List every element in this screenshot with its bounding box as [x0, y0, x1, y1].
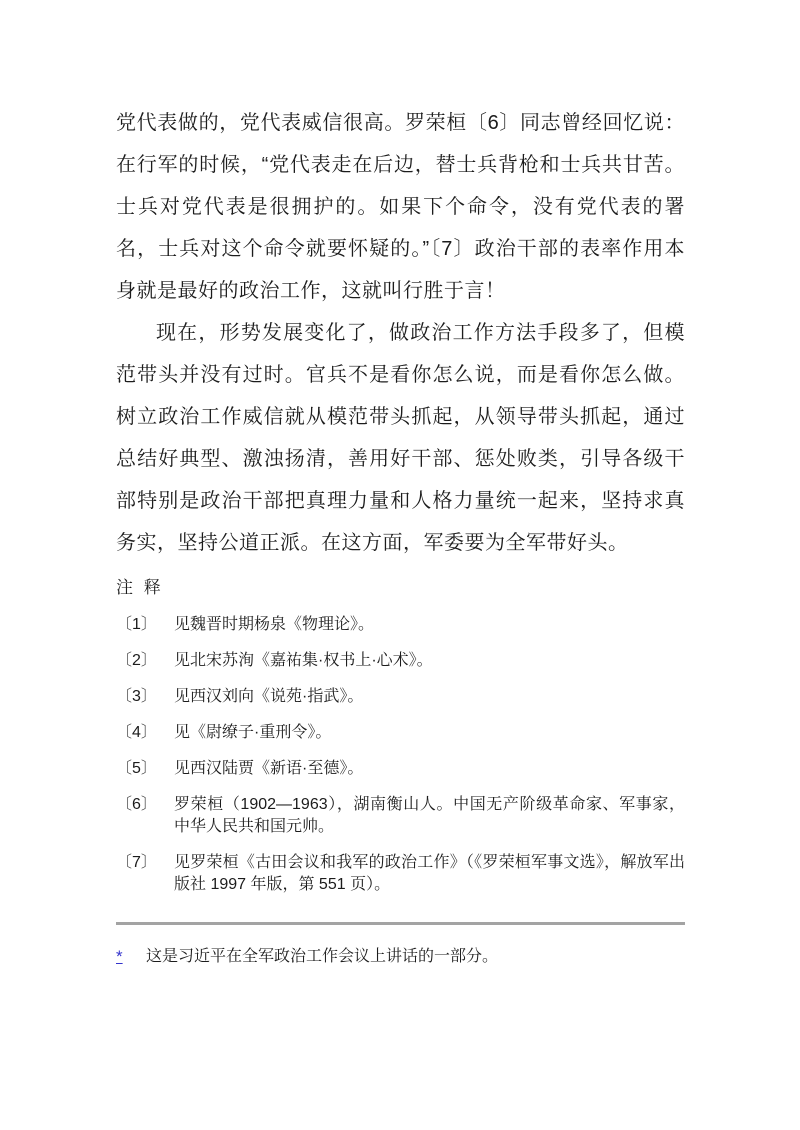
footnote-text: 这是习近平在全军政治工作会议上讲话的一部分。: [146, 945, 685, 969]
note-text: 见西汉刘向《说苑·指武》。: [174, 686, 685, 708]
body-text: 党代表做的，党代表威信很高。罗荣桓〔6〕同志曾经回忆说：在行军的时候，“党代表走…: [116, 102, 685, 564]
note-item-6: 〔6〕 罗荣桓（1902—1963），湖南衡山人。中国无产阶级革命家、军事家，中…: [116, 794, 685, 838]
note-text: 见《尉缭子·重刑令》。: [174, 722, 685, 744]
notes-list: 〔1〕 见魏晋时期杨泉《物理论》。 〔2〕 见北宋苏洵《嘉祐集·权书上·心术》。…: [116, 614, 685, 896]
note-text: 见西汉陆贾《新语·至德》。: [174, 758, 685, 780]
paragraph-1: 党代表做的，党代表威信很高。罗荣桓〔6〕同志曾经回忆说：在行军的时候，“党代表走…: [116, 102, 685, 312]
note-item-2: 〔2〕 见北宋苏洵《嘉祐集·权书上·心术》。: [116, 650, 685, 672]
note-text: 罗荣桓（1902—1963），湖南衡山人。中国无产阶级革命家、军事家，中华人民共…: [174, 794, 685, 838]
note-label: 〔5〕: [116, 758, 174, 780]
footnote-divider: [116, 922, 685, 925]
footnote-asterisk-link[interactable]: *: [116, 945, 146, 969]
note-label: 〔4〕: [116, 722, 174, 744]
note-item-3: 〔3〕 见西汉刘向《说苑·指武》。: [116, 686, 685, 708]
note-item-5: 〔5〕 见西汉陆贾《新语·至德》。: [116, 758, 685, 780]
note-text: 见魏晋时期杨泉《物理论》。: [174, 614, 685, 636]
note-item-7: 〔7〕 见罗荣桓《古田会议和我军的政治工作》（《罗荣桓军事文选》，解放军出版社 …: [116, 852, 685, 896]
note-text: 见北宋苏洵《嘉祐集·权书上·心术》。: [174, 650, 685, 672]
note-label: 〔3〕: [116, 686, 174, 708]
note-item-1: 〔1〕 见魏晋时期杨泉《物理论》。: [116, 614, 685, 636]
footnote: * 这是习近平在全军政治工作会议上讲话的一部分。: [116, 945, 685, 969]
note-label: 〔2〕: [116, 650, 174, 672]
note-item-4: 〔4〕 见《尉缭子·重刑令》。: [116, 722, 685, 744]
note-text: 见罗荣桓《古田会议和我军的政治工作》（《罗荣桓军事文选》，解放军出版社 1997…: [174, 852, 685, 896]
paragraph-2: 现在，形势发展变化了，做政治工作方法手段多了，但模范带头并没有过时。官兵不是看你…: [116, 312, 685, 564]
note-label: 〔1〕: [116, 614, 174, 636]
notes-heading: 注 释: [116, 576, 685, 600]
note-label: 〔7〕: [116, 852, 174, 874]
note-label: 〔6〕: [116, 794, 174, 816]
document-page: 党代表做的，党代表威信很高。罗荣桓〔6〕同志曾经回忆说：在行军的时候，“党代表走…: [0, 0, 800, 1130]
